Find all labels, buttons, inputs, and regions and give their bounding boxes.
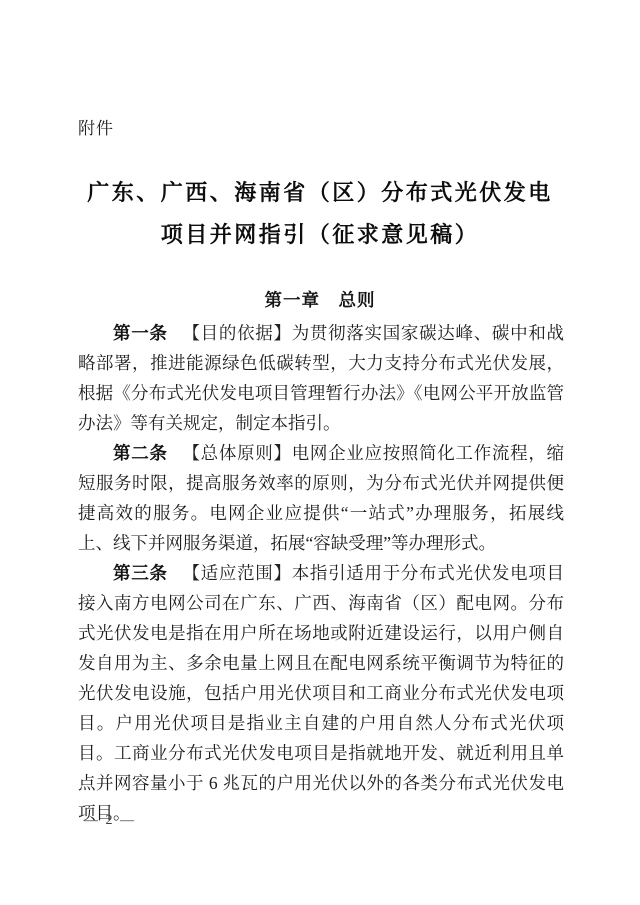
document-body: 第一条【目的依据】为贯彻落实国家碳达峰、碳中和战略部署，推进能源绿色低碳转型，大… [78, 318, 564, 828]
article-1-label: 【目的依据】 [182, 323, 291, 343]
article-3-number: 第三条 [113, 563, 168, 583]
chapter-heading: 第一章 总则 [0, 286, 640, 314]
article-3-label: 【适应范围】 [182, 563, 291, 583]
document-page: 附件 广东、广西、海南省（区）分布式光伏发电 项目并网指引（征求意见稿） 第一章… [0, 0, 640, 905]
attachment-label: 附件 [78, 114, 114, 139]
article-1-number: 第一条 [113, 323, 168, 343]
article-3-text: 本指引适用于分布式光伏发电项目接入南方电网公司在广东、广西、海南省（区）配电网。… [78, 563, 564, 823]
article-2-number: 第二条 [113, 443, 168, 463]
article-3: 第三条【适应范围】本指引适用于分布式光伏发电项目接入南方电网公司在广东、广西、海… [78, 558, 564, 828]
document-title-line-2: 项目并网指引（征求意见稿） [40, 214, 600, 256]
page-number: — 2 — [84, 813, 136, 829]
document-title-line-1: 广东、广西、海南省（区）分布式光伏发电 [40, 172, 600, 214]
article-2-label: 【总体原则】 [182, 443, 291, 463]
article-1: 第一条【目的依据】为贯彻落实国家碳达峰、碳中和战略部署，推进能源绿色低碳转型，大… [78, 318, 564, 438]
article-2: 第二条【总体原则】电网企业应按照简化工作流程，缩短服务时限，提高服务效率的原则，… [78, 438, 564, 558]
document-title: 广东、广西、海南省（区）分布式光伏发电 项目并网指引（征求意见稿） [40, 172, 600, 256]
